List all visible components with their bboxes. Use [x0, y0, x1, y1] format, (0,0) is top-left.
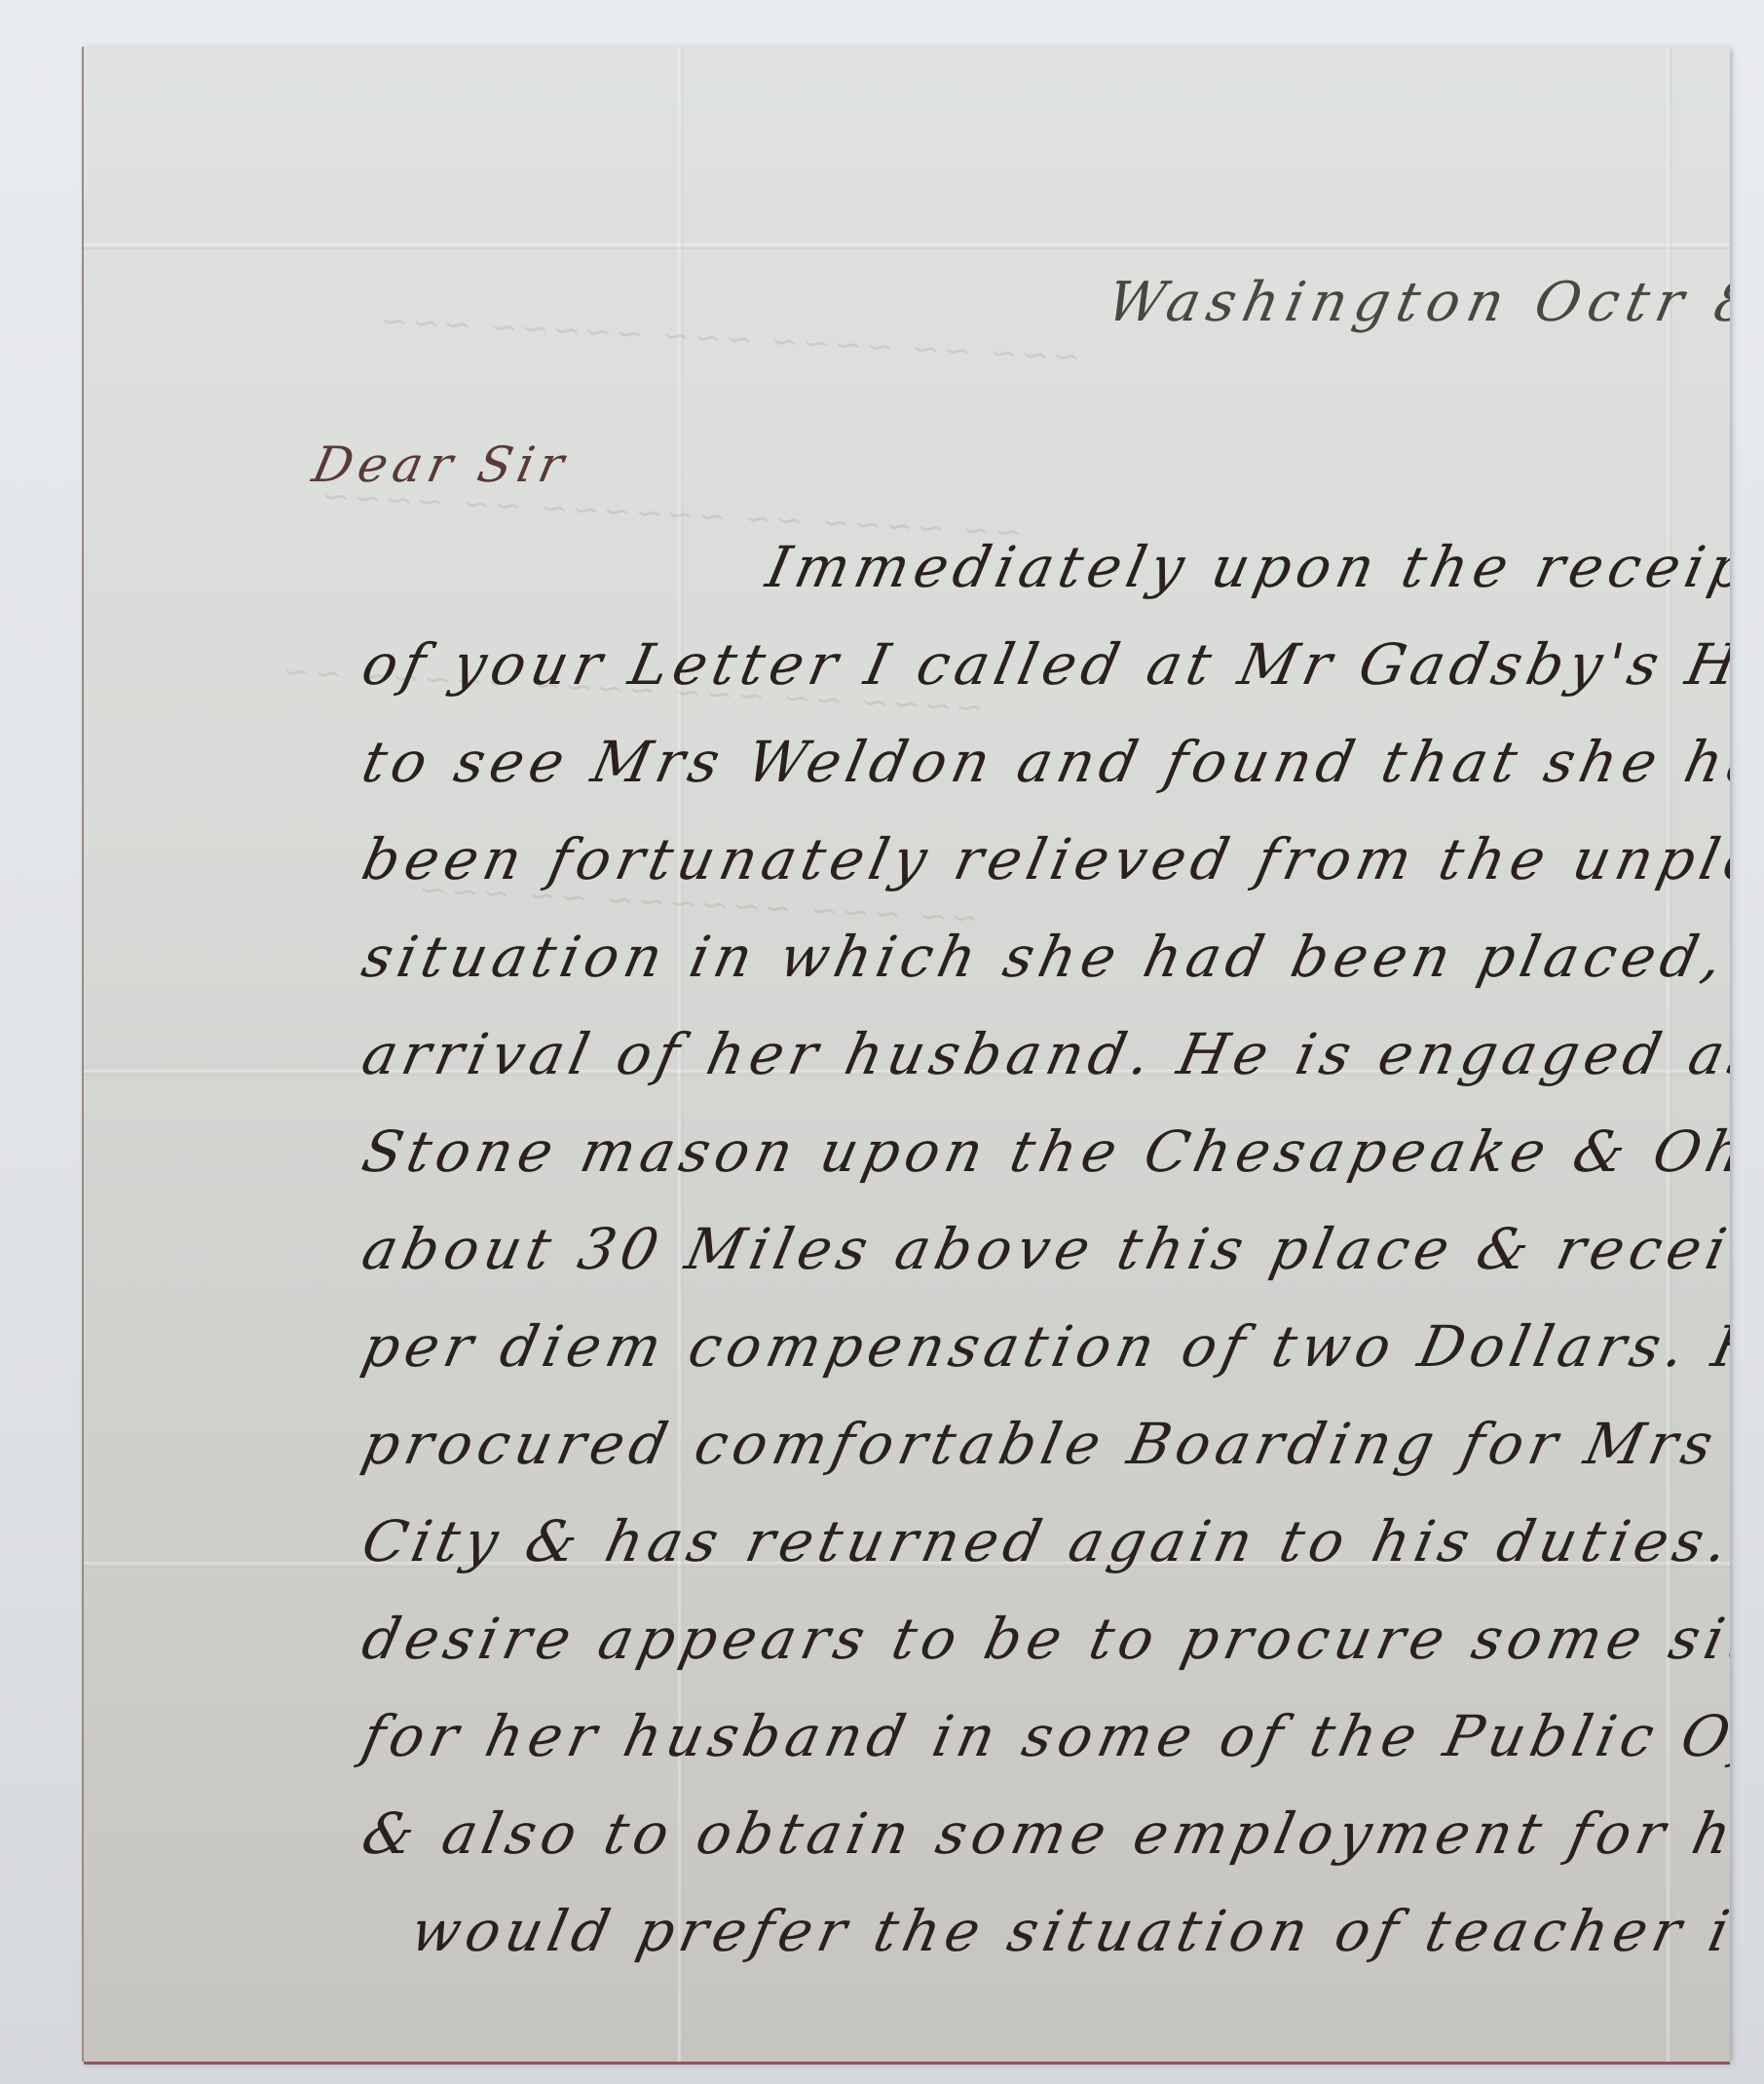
letter-sheet: ~~~ ~~ ~~~~ ~~~ ~~~~~ ~~~ ~~ ~~~~ ~~ ~~~…	[84, 47, 1730, 2062]
dateline-month: Octr	[1529, 271, 1697, 334]
letter-body-line: Immediately upon the receipt	[761, 534, 1730, 600]
letter-body-line: to see Mrs Weldon and found that she had	[357, 729, 1730, 795]
dateline-place: Washington	[1102, 271, 1518, 334]
letter-body-line: desire appears to be to procure some sit…	[357, 1606, 1730, 1672]
bleed-through-text: ~~~ ~~ ~~~~ ~~~ ~~~~~ ~~~	[375, 301, 1081, 377]
letter-body-line: Stone mason upon the Chesapeake & Ohio C…	[357, 1118, 1730, 1185]
letter-body-line: would prefer the situation of teacher in…	[405, 1898, 1730, 1964]
letter-body-line: arrival of her husband. He is engaged as…	[357, 1021, 1730, 1087]
letter-body-line: about 30 Miles above this place & receiv…	[357, 1216, 1730, 1282]
letter-body-line: City & has returned again to his duties.…	[357, 1508, 1730, 1574]
letter-body-line: procured comfortable Boarding for Mrs W.…	[357, 1411, 1730, 1477]
letter-salutation: Dear Sir	[308, 436, 575, 493]
letter-body-line: been fortunately relieved from the unple…	[357, 826, 1730, 892]
fold-line-horizontal	[84, 244, 1730, 249]
letter-dateline: Washington Octr 8th 1830	[1102, 271, 1730, 334]
letter-body-line: situation in which she had been placed, …	[357, 924, 1730, 990]
letter-body-line: of your Letter I called at Mr Gadsby's H…	[357, 631, 1730, 698]
letter-body-line: & also to obtain some employment for her…	[357, 1800, 1730, 1867]
letter-body-line: for her husband in some of the Public Of…	[357, 1703, 1730, 1769]
letter-body-line: per diem compensation of two Dollars. He…	[357, 1313, 1730, 1380]
dateline-day: 8	[1708, 271, 1730, 334]
